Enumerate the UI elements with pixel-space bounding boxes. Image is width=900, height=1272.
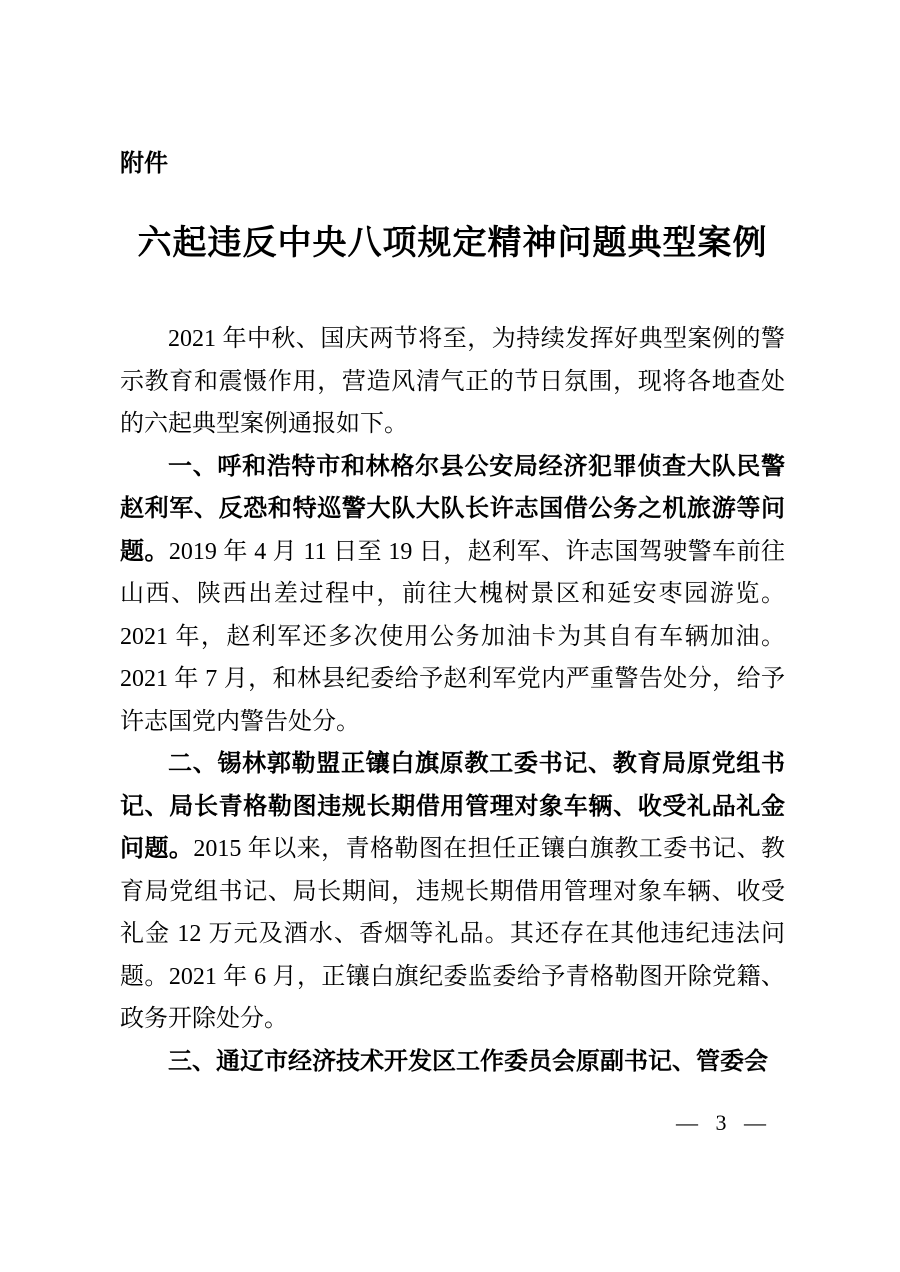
case-3-paragraph: 三、通辽市经济技术开发区工作委员会原副书记、管委会 [120,1041,785,1084]
case-1-paragraph: 一、呼和浩特市和林格尔县公安局经济犯罪侦查大队民警赵利军、反恐和特巡警大队大队长… [120,446,785,744]
document-title: 六起违反中央八项规定精神问题典型案例 [120,222,785,266]
intro-paragraph-text: 2021 年中秋、国庆两节将至，为持续发挥好典型案例的警示教育和震慑作用，营造风… [120,326,785,437]
case-3-heading: 三、通辽市经济技术开发区工作委员会原副书记、管委会 [168,1049,768,1075]
document-page: 附件 六起违反中央八项规定精神问题典型案例 2021 年中秋、国庆两节将至，为持… [0,0,900,1272]
attachment-label: 附件 [120,148,785,180]
document-content: 附件 六起违反中央八项规定精神问题典型案例 2021 年中秋、国庆两节将至，为持… [120,148,785,1083]
case-2-paragraph: 二、锡林郭勒盟正镶白旗原教工委书记、教育局原党组书记、局长青格勒图违规长期借用管… [120,743,785,1041]
page-number: — 3 — [676,1108,772,1138]
case-2-text: 2015 年以来，青格勒图在担任正镶白旗教工委书记、教育局党组书记、局长期间，违… [120,836,785,1032]
case-1-text: 2019 年 4 月 11 日至 19 日，赵利军、许志国驾驶警车前往山西、陕西… [120,539,785,735]
document-body: 2021 年中秋、国庆两节将至，为持续发挥好典型案例的警示教育和震慑作用，营造风… [120,318,785,1083]
intro-paragraph: 2021 年中秋、国庆两节将至，为持续发挥好典型案例的警示教育和震慑作用，营造风… [120,318,785,446]
